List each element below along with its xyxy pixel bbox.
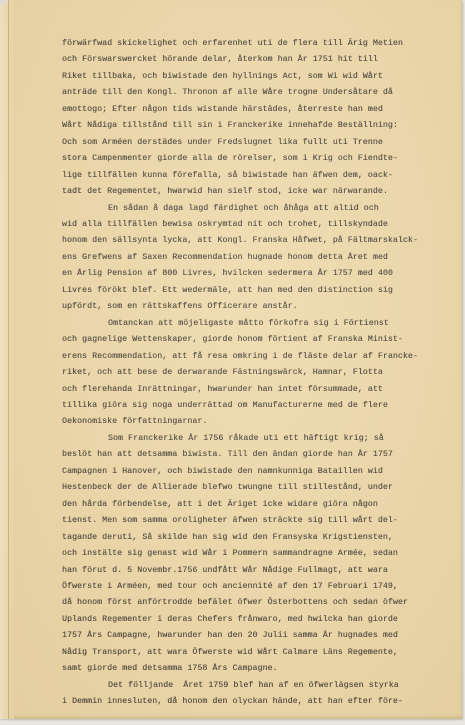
text-line: anträde till den Kongl. Thronon af alle …	[62, 85, 434, 101]
text-line: den hårda förbendelse, att i det Äriget …	[62, 497, 434, 513]
text-line: En sådan å daga lagd färdighet och åhåga…	[62, 201, 434, 217]
page-left-edge	[0, 0, 14, 719]
scan-background: förwärfwad skickelighet och erfarenhet u…	[0, 0, 465, 725]
text-line: Wårt Nådiga tillstånd till sin i Francke…	[62, 118, 434, 134]
text-line: tadt det Regementet, hwarwid han sielf s…	[62, 184, 434, 200]
text-line: en Årlig Pension af 800 Livres, hvilcken…	[62, 266, 434, 282]
text-line: honom den sällsynta lycka, att Kongl. Fr…	[62, 233, 434, 249]
text-line: och gagnelige Wettenskaper, giorde honom…	[62, 332, 434, 348]
page-text: förwärfwad skickelighet och erfarenhet u…	[62, 36, 434, 711]
text-line: förwärfwad skickelighet och erfarenhet u…	[62, 36, 434, 52]
text-line: Uplands Regementer i deras Chefers frånw…	[62, 612, 434, 628]
text-line: och Förswarswercket hörande delar, återk…	[62, 52, 434, 68]
text-line: då honom först anförtrodde befälet öfwer…	[62, 595, 434, 611]
text-line: han förut d. 5 Novembr.1756 undfått Wår …	[62, 563, 434, 579]
text-line: beslöt han att detsamma biwista. Till de…	[62, 447, 434, 463]
text-line: 1757 Års Campagne, hwarunder han den 20 …	[62, 628, 434, 644]
text-line: tagande deruti, Så skilde han sig wid de…	[62, 530, 434, 546]
text-line: Campagnen i Hanover, och biwistade den n…	[62, 464, 434, 480]
text-line: Nådig Transport, att wara Öfwerste wid W…	[62, 645, 434, 661]
text-line: lige tillfällen kunna förefalla, så biwi…	[62, 168, 434, 184]
text-line: Omtanckan att möjeligaste måtto förkofra…	[62, 316, 434, 332]
text-line: i Demmin innesluten, då honom den olycka…	[62, 694, 434, 710]
text-line: riket, och att bese de derwarande Fästni…	[62, 365, 434, 381]
text-line: Hestenbeck der de Allierade blefwo twung…	[62, 480, 434, 496]
text-line: emottogo; Efter någon tids wistande härs…	[62, 102, 434, 118]
text-line: stora Campenmenter giorde alla de rörels…	[62, 151, 434, 167]
text-line: Och som Arméen derstädes under Fredslugn…	[62, 135, 434, 151]
text-line: erens Recommendation, att få resa omkrin…	[62, 349, 434, 365]
text-line: upfördt, som en rättskaffens Officerare …	[62, 299, 434, 315]
text-line: tienst. Men som samma oroligheter äfwen …	[62, 513, 434, 529]
page-corner-notch	[0, 0, 9, 7]
text-line: wid alla tillfällen bewisa oskrymtad nit…	[62, 217, 434, 233]
text-line: och instälte sig genast wid Wår i Pommer…	[62, 546, 434, 562]
text-line: Som Franckerike År 1756 råkade uti ett h…	[62, 431, 434, 447]
text-line: Det fölljande Året 1759 blef han af en ö…	[62, 678, 434, 694]
text-line: Oekonomiske författningarnar.	[62, 414, 434, 430]
document-page: förwärfwad skickelighet och erfarenhet u…	[0, 0, 462, 719]
text-line: Livres förökt blef. Ett wedermäle, att h…	[62, 283, 434, 299]
text-line: och flerehanda Inrättningar, hwarunder h…	[62, 382, 434, 398]
text-line: ens Grefwens af Saxen Recommendation hug…	[62, 250, 434, 266]
text-line: Riket tillbaka, och biwistade den hyllni…	[62, 69, 434, 85]
text-line: Öfwerste i Arméen, med tour och ancienni…	[62, 579, 434, 595]
text-line: samt giorde med detsamma 1758 Års Campag…	[62, 661, 434, 677]
text-line: tillika giöra sig noga underrättad om Ma…	[62, 398, 434, 414]
